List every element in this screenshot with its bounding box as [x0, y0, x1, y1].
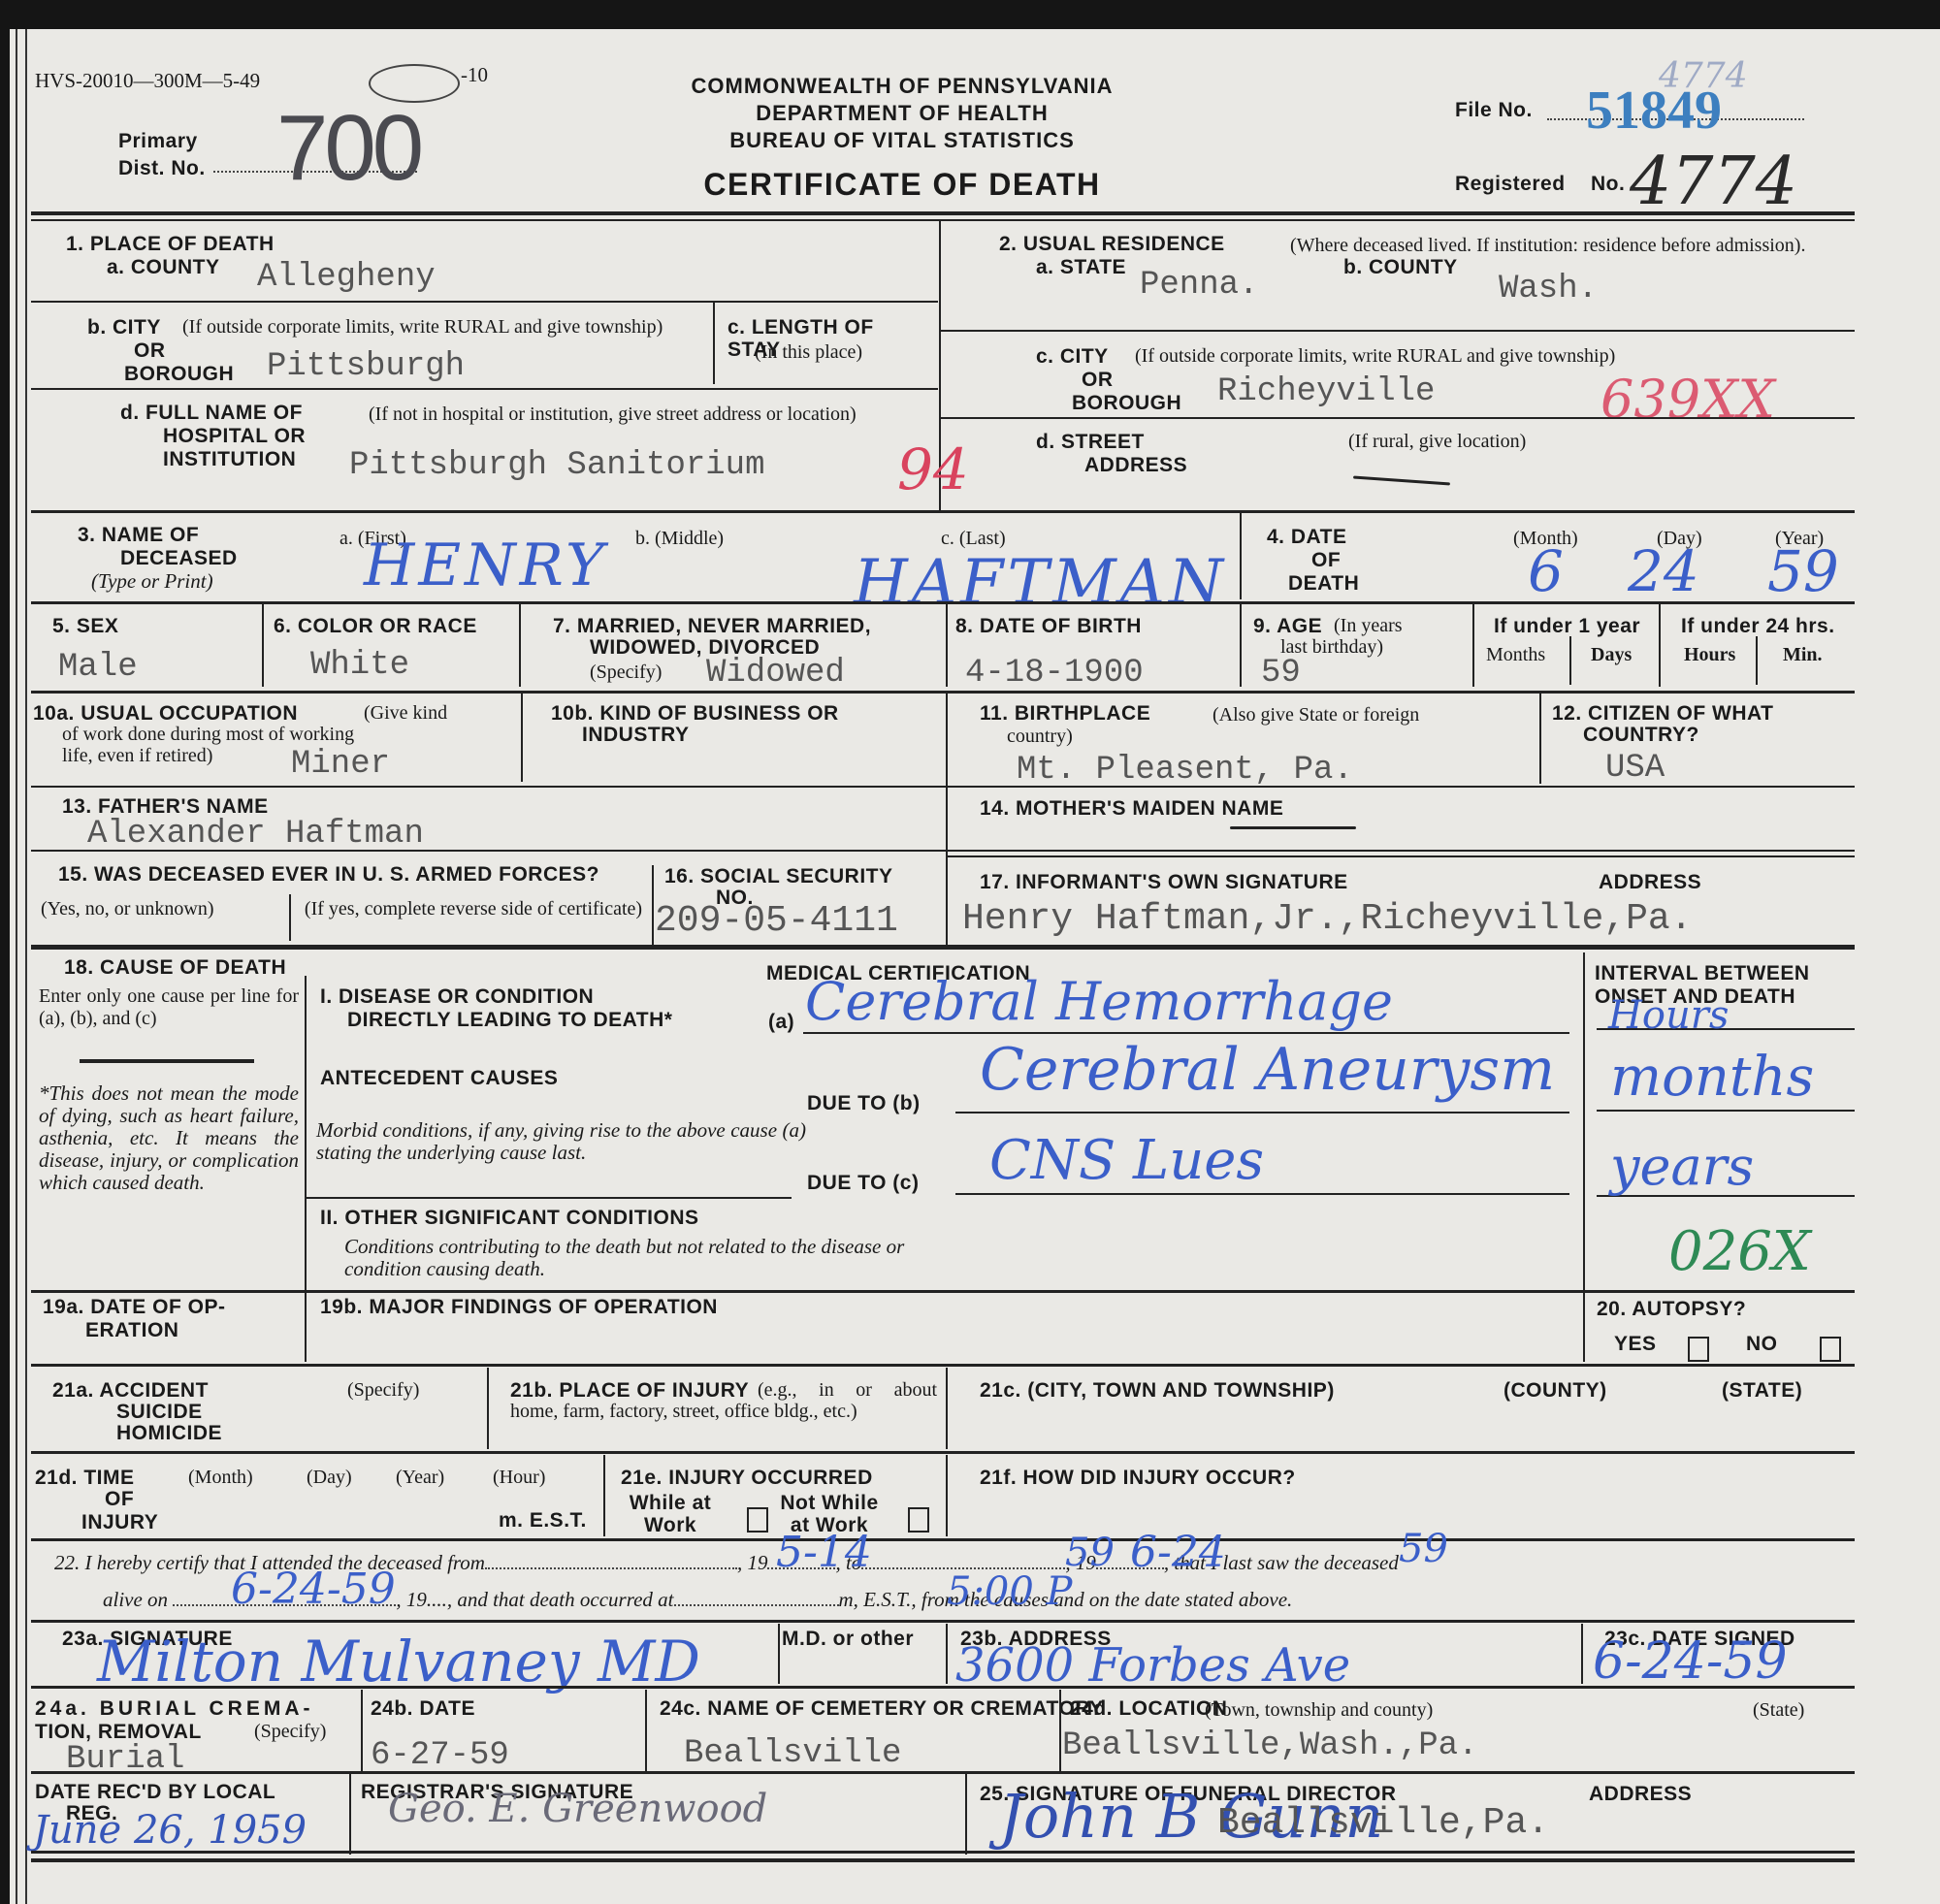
- divider: [713, 303, 715, 384]
- alive-on-date: 6-24-59: [231, 1567, 396, 1612]
- antecedent-label: ANTECEDENT CAUSES: [320, 1067, 558, 1089]
- divider: [289, 894, 291, 941]
- autopsy-no-checkbox[interactable]: [1820, 1337, 1841, 1362]
- rule: [946, 855, 1855, 857]
- rule: [31, 601, 1855, 604]
- place-of-injury-note: (e.g., in or about home, farm, factory, …: [510, 1379, 937, 1422]
- birthplace-note-1: (Also give State or foreign: [1212, 704, 1419, 726]
- rule: [31, 219, 1855, 221]
- attended-to-year: 59: [1399, 1527, 1448, 1571]
- divider: [603, 1455, 605, 1536]
- divider: [1240, 603, 1242, 687]
- county-label: a. COUNTY: [107, 256, 220, 278]
- funeral-address: Beallsville,Pa.: [1217, 1806, 1549, 1841]
- age-value: 59: [1261, 656, 1301, 691]
- certificate-paper: HVS-20010—300M—5-49 -10 Primary Dist. No…: [10, 29, 1940, 1904]
- death-day: 24: [1628, 549, 1699, 594]
- race-value: White: [310, 648, 409, 683]
- dob-value: 4-18-1900: [965, 656, 1144, 691]
- father-value: Alexander Haftman: [87, 817, 424, 852]
- cemetery-label: 24c. NAME OF CEMETERY OR CREMATORY: [660, 1697, 1104, 1720]
- injury-month-label: (Month): [188, 1467, 253, 1488]
- occupation-note-1: (Give kind: [364, 702, 447, 724]
- divider: [946, 861, 948, 945]
- injury-county-label: (COUNTY): [1503, 1379, 1607, 1402]
- rule: [31, 1851, 1855, 1854]
- first-name: HENRY: [364, 543, 608, 588]
- divider: [1659, 603, 1661, 687]
- informant-label: 17. INFORMANT'S OWN SIGNATURE: [980, 871, 1348, 893]
- institution-label-1: d. FULL NAME OF: [120, 402, 303, 424]
- death-year: 59: [1767, 549, 1839, 594]
- file-no-label: File No.: [1455, 99, 1533, 121]
- street-dash: [1353, 476, 1450, 486]
- cause-c-label: DUE TO (c): [807, 1172, 919, 1194]
- armed-note-1: (Yes, no, or unknown): [41, 898, 214, 920]
- rule: [80, 1059, 254, 1063]
- divider: [361, 1690, 363, 1771]
- rule: [31, 1858, 1855, 1862]
- injury-est-label: m. E.S.T.: [499, 1509, 587, 1532]
- primary-label: Primary: [118, 130, 198, 152]
- form-code: HVS-20010—300M—5-49: [35, 70, 260, 91]
- autopsy-label: 20. AUTOPSY?: [1597, 1298, 1746, 1320]
- agency-line-3: BUREAU OF VITAL STATISTICS: [630, 128, 1174, 153]
- attended-to-date: 6-24: [1130, 1531, 1226, 1575]
- cause-b: Cerebral Aneurysm: [980, 1048, 1555, 1092]
- operation-findings-label: 19b. MAJOR FINDINGS OF OPERATION: [320, 1296, 718, 1318]
- birthplace-label: 11. BIRTHPLACE: [980, 702, 1150, 725]
- occupation-value: Miner: [291, 747, 390, 782]
- cause-a-line: [803, 1032, 1569, 1034]
- interval-a: Hours: [1608, 993, 1729, 1038]
- cause-a: Cerebral Hemorrhage: [805, 980, 1393, 1024]
- institution-label-3: INSTITUTION: [163, 448, 296, 470]
- birthplace-note-2: country): [1007, 726, 1073, 747]
- age-note-1: (In years: [1334, 615, 1403, 636]
- union-bug-suffix: -10: [461, 64, 488, 85]
- injury-day-label: (Day): [307, 1467, 352, 1488]
- rule: [31, 1620, 1855, 1623]
- rule: [31, 301, 938, 303]
- divider: [1472, 603, 1474, 687]
- residence-county: Wash.: [1499, 272, 1598, 307]
- date-recd-label-1: DATE REC'D BY LOCAL: [35, 1781, 275, 1803]
- how-injury-label: 21f. HOW DID INJURY OCCUR?: [980, 1467, 1296, 1489]
- attended-from-year: 59: [1065, 1531, 1115, 1575]
- rule: [31, 1771, 1855, 1774]
- under-year-label: If under 1 year: [1494, 615, 1640, 637]
- divider: [1756, 636, 1758, 685]
- street-note: (If rural, give location): [1348, 431, 1526, 452]
- marital-label-1: 7. MARRIED, NEVER MARRIED,: [553, 615, 871, 637]
- rule: [31, 1686, 1855, 1689]
- left-border: [16, 29, 17, 1904]
- file-no-overwrite: 4774: [1659, 56, 1748, 96]
- left-border-inner: [25, 29, 27, 1904]
- citizen-value: USA: [1605, 751, 1665, 786]
- mother-dash: [1230, 826, 1356, 829]
- business-label-2: INDUSTRY: [582, 724, 690, 746]
- death-date-label-1: 4. DATE: [1267, 526, 1346, 548]
- divider: [262, 603, 264, 687]
- borough-label-2: BOROUGH: [1072, 392, 1181, 414]
- injury-year-label: (Year): [396, 1467, 444, 1488]
- divider: [778, 1624, 780, 1684]
- birthplace-value: Mt. Pleasent, Pa.: [1017, 753, 1353, 788]
- name-label-3: (Type or Print): [91, 570, 213, 593]
- death-time: 5:00 P: [947, 1569, 1072, 1614]
- dist-no-label: Dist. No.: [118, 157, 206, 179]
- registered-no-label: Registered: [1455, 173, 1566, 195]
- divider: [521, 693, 523, 782]
- homicide-label: HOMICIDE: [116, 1422, 222, 1444]
- green-code: 026X: [1668, 1220, 1811, 1283]
- hours-label: Hours: [1684, 644, 1735, 665]
- business-label-1: 10b. KIND OF BUSINESS OR: [551, 702, 839, 725]
- occupation-note-3: life, even if retired): [62, 745, 212, 766]
- mother-label: 14. MOTHER'S MAIDEN NAME: [980, 797, 1283, 820]
- divider: [1240, 512, 1242, 599]
- cause-footnote: *This does not mean the mode of dying, s…: [39, 1082, 299, 1194]
- interval-c: years: [1610, 1145, 1754, 1189]
- primary-dist-no: 700: [276, 95, 420, 202]
- city-label-2: c. CITY: [1036, 345, 1109, 368]
- street-label-1: d. STREET: [1036, 431, 1145, 453]
- while-at-work-checkbox[interactable]: [747, 1507, 768, 1533]
- divider: [305, 976, 307, 1290]
- borough-label: BOROUGH: [124, 363, 234, 385]
- marital-specify: (Specify): [590, 662, 662, 683]
- autopsy-yes-label: YES: [1614, 1333, 1657, 1355]
- race-label: 6. COLOR OR RACE: [274, 615, 477, 637]
- divider: [1583, 952, 1585, 1290]
- location-note: (Town, township and county): [1205, 1699, 1433, 1721]
- divider: [965, 1773, 967, 1855]
- divider: [946, 1624, 948, 1684]
- divider: [1569, 636, 1571, 685]
- middle-name-label: b. (Middle): [635, 528, 724, 549]
- rule: [31, 1451, 1855, 1454]
- informant-value: Henry Haftman,Jr.,Richeyville,Pa.: [962, 902, 1693, 937]
- specify-label: (Specify): [347, 1379, 419, 1401]
- cause-b-label: DUE TO (b): [807, 1092, 921, 1114]
- burial-method-label-2: TION, REMOVAL: [35, 1721, 202, 1743]
- residence-label: 2. USUAL RESIDENCE: [999, 233, 1225, 255]
- physician-signature: Milton Mulvaney MD: [97, 1639, 700, 1684]
- injury-hour-label: (Hour): [493, 1467, 545, 1488]
- death-month: 6: [1528, 549, 1564, 594]
- autopsy-no-label: NO: [1746, 1333, 1778, 1355]
- part1-label-1: I. DISEASE OR CONDITION: [320, 985, 594, 1008]
- cause-a-label: (a): [768, 1011, 794, 1033]
- rule: [941, 330, 1855, 332]
- county-label-2: b. COUNTY: [1343, 256, 1458, 278]
- agency-line-1: COMMONWEALTH OF PENNSYLVANIA: [630, 74, 1174, 99]
- or-label-2: OR: [1082, 369, 1114, 391]
- registered-no-label-2: No.: [1591, 173, 1625, 195]
- rule: [31, 945, 1855, 950]
- injury-occurred-label: 21e. INJURY OCCURRED: [621, 1467, 873, 1489]
- part1-label-2: DIRECTLY LEADING TO DEATH*: [347, 1009, 672, 1031]
- divider: [1583, 1292, 1585, 1362]
- injury-state-label: (STATE): [1722, 1379, 1802, 1402]
- divider: [349, 1773, 351, 1855]
- rule: [307, 1197, 792, 1199]
- rule: [941, 417, 1855, 419]
- sex-label: 5. SEX: [52, 615, 118, 637]
- registrar-signature: Geo. E. Greenwood: [388, 1787, 767, 1831]
- location-value: Beallsville,Wash.,Pa.: [1062, 1728, 1477, 1763]
- divider: [645, 1690, 647, 1771]
- divider: [305, 1292, 307, 1362]
- occupation-label: 10a. USUAL OCCUPATION: [33, 702, 298, 725]
- divider: [946, 1455, 948, 1536]
- md-or-other-label: M.D. or other: [782, 1628, 914, 1650]
- burial-method-specify: (Specify): [254, 1721, 326, 1742]
- state-label: a. STATE: [1036, 256, 1126, 278]
- name-label-2: DECEASED: [120, 547, 238, 569]
- place-of-death-label: 1. PLACE OF DEATH: [66, 233, 275, 255]
- part2-label: II. OTHER SIGNIFICANT CONDITIONS: [320, 1207, 699, 1229]
- date-signed: 6-24-59: [1593, 1639, 1788, 1684]
- institution-note: (If not in hospital or institution, give…: [369, 403, 931, 425]
- residence-note: (Where deceased lived. If institution: r…: [1290, 235, 1843, 256]
- date-recd: June 26, 1959: [33, 1808, 307, 1853]
- physician-address: 3600 Forbes Ave: [955, 1643, 1350, 1688]
- location-state-label: (State): [1753, 1699, 1804, 1721]
- rule: [31, 388, 938, 390]
- months-label: Months: [1486, 644, 1545, 665]
- occupation-note-2: of work done during most of working: [62, 724, 354, 745]
- agency-line-2: DEPARTMENT OF HEALTH: [630, 101, 1174, 126]
- last-name: HAFTMAN: [854, 561, 1227, 605]
- while-at-work-label: While at Work: [617, 1492, 724, 1536]
- informant-address-label: ADDRESS: [1599, 871, 1701, 893]
- page-title: CERTIFICATE OF DEATH: [630, 167, 1174, 203]
- length-of-stay-note: (In this place): [755, 341, 929, 363]
- rule: [31, 1538, 1855, 1541]
- citizen-label-1: 12. CITIZEN OF WHAT: [1552, 702, 1773, 725]
- city-note-2: (If outside corporate limits, write RURA…: [1135, 345, 1853, 367]
- or-label: OR: [134, 339, 166, 362]
- interval-b-line: [1597, 1110, 1855, 1112]
- part2-note: Conditions contributing to the death but…: [344, 1236, 985, 1280]
- cause-section-label: 18. CAUSE OF DEATH: [64, 956, 286, 979]
- interval-b: months: [1610, 1055, 1814, 1100]
- city-label: b. CITY: [87, 316, 161, 339]
- street-label-2: ADDRESS: [1084, 454, 1187, 476]
- divider: [652, 865, 654, 945]
- burial-date: 6-27-59: [371, 1738, 509, 1773]
- city-note: (If outside corporate limits, write RURA…: [182, 316, 687, 338]
- rule: [31, 691, 1855, 694]
- cause-b-line: [955, 1112, 1569, 1113]
- not-while-at-work-checkbox[interactable]: [908, 1507, 929, 1533]
- dob-label: 8. DATE OF BIRTH: [955, 615, 1142, 637]
- morbid-note: Morbid conditions, if any, giving rise t…: [316, 1119, 806, 1164]
- death-institution: Pittsburgh Sanitorium: [349, 448, 764, 483]
- divider: [1539, 693, 1541, 784]
- marital-value: Widowed: [706, 656, 845, 691]
- divider: [946, 603, 948, 687]
- attended-from-date: 5-14: [776, 1531, 872, 1575]
- cause-c-line: [955, 1193, 1569, 1195]
- ssn-value: 209-05-4111: [655, 904, 898, 939]
- registered-no: 4774: [1630, 144, 1797, 220]
- time-label-1: 21d. TIME: [35, 1467, 135, 1489]
- death-city: Pittsburgh: [267, 349, 465, 384]
- injury-city-label: 21c. (CITY, TOWN AND TOWNSHIP): [980, 1379, 1335, 1402]
- sex-value: Male: [58, 650, 138, 685]
- name-label-1: 3. NAME OF: [78, 524, 199, 546]
- death-date-label-2: OF: [1311, 549, 1341, 571]
- under-24-label: If under 24 hrs.: [1681, 615, 1835, 637]
- age-label: 9. AGE: [1253, 615, 1322, 637]
- divider: [1059, 1690, 1061, 1771]
- father-label: 13. FATHER'S NAME: [62, 795, 269, 818]
- days-label: Days: [1591, 644, 1632, 665]
- cemetery-value: Beallsville: [684, 1736, 901, 1771]
- cause-instructions: Enter only one cause per line for (a), (…: [39, 985, 299, 1030]
- institution-label-2: HOSPITAL OR: [163, 425, 306, 447]
- rule: [31, 211, 1855, 215]
- rule: [31, 786, 1855, 788]
- residence-city: Richeyville: [1217, 374, 1435, 409]
- burial-date-label: 24b. DATE: [371, 1697, 475, 1720]
- citizen-label-2: COUNTRY?: [1583, 724, 1699, 746]
- divider: [487, 1368, 489, 1449]
- rule: [31, 1364, 1855, 1367]
- autopsy-yes-checkbox[interactable]: [1688, 1337, 1709, 1362]
- rule: [31, 510, 1855, 513]
- cause-c: CNS Lues: [989, 1139, 1264, 1183]
- death-date-label-3: DEATH: [1288, 572, 1359, 595]
- red-code-639xx: 639XX: [1600, 369, 1775, 430]
- time-label-2: OF: [105, 1488, 134, 1510]
- residence-state: Penna.: [1140, 268, 1258, 303]
- armed-forces-label: 15. WAS DECEASED EVER IN U. S. ARMED FOR…: [58, 863, 599, 886]
- funeral-address-label: ADDRESS: [1589, 1783, 1692, 1805]
- burial-method-label-1: 24a. BURIAL CREMA-: [35, 1697, 313, 1720]
- interval-label-1: INTERVAL BETWEEN: [1595, 962, 1810, 984]
- death-county: Allegheny: [257, 260, 436, 295]
- suicide-label: SUICIDE: [116, 1401, 203, 1423]
- divider: [946, 693, 948, 887]
- rule: [946, 850, 1855, 852]
- divider: [946, 1368, 948, 1449]
- operation-date-label-2: ERATION: [85, 1319, 178, 1341]
- min-label: Min.: [1783, 644, 1823, 665]
- accident-label: 21a. ACCIDENT: [52, 1379, 209, 1402]
- last-name-label: c. (Last): [941, 528, 1006, 549]
- armed-note-2: (If yes, complete reverse side of certif…: [299, 898, 648, 920]
- divider: [1581, 1624, 1583, 1684]
- time-label-3: INJURY: [81, 1511, 158, 1533]
- operation-date-label-1: 19a. DATE OF OP-: [43, 1296, 225, 1318]
- red-code-94: 94: [897, 436, 969, 502]
- rule: [31, 850, 948, 852]
- divider: [519, 603, 521, 687]
- ssn-label-1: 16. SOCIAL SECURITY: [664, 865, 893, 887]
